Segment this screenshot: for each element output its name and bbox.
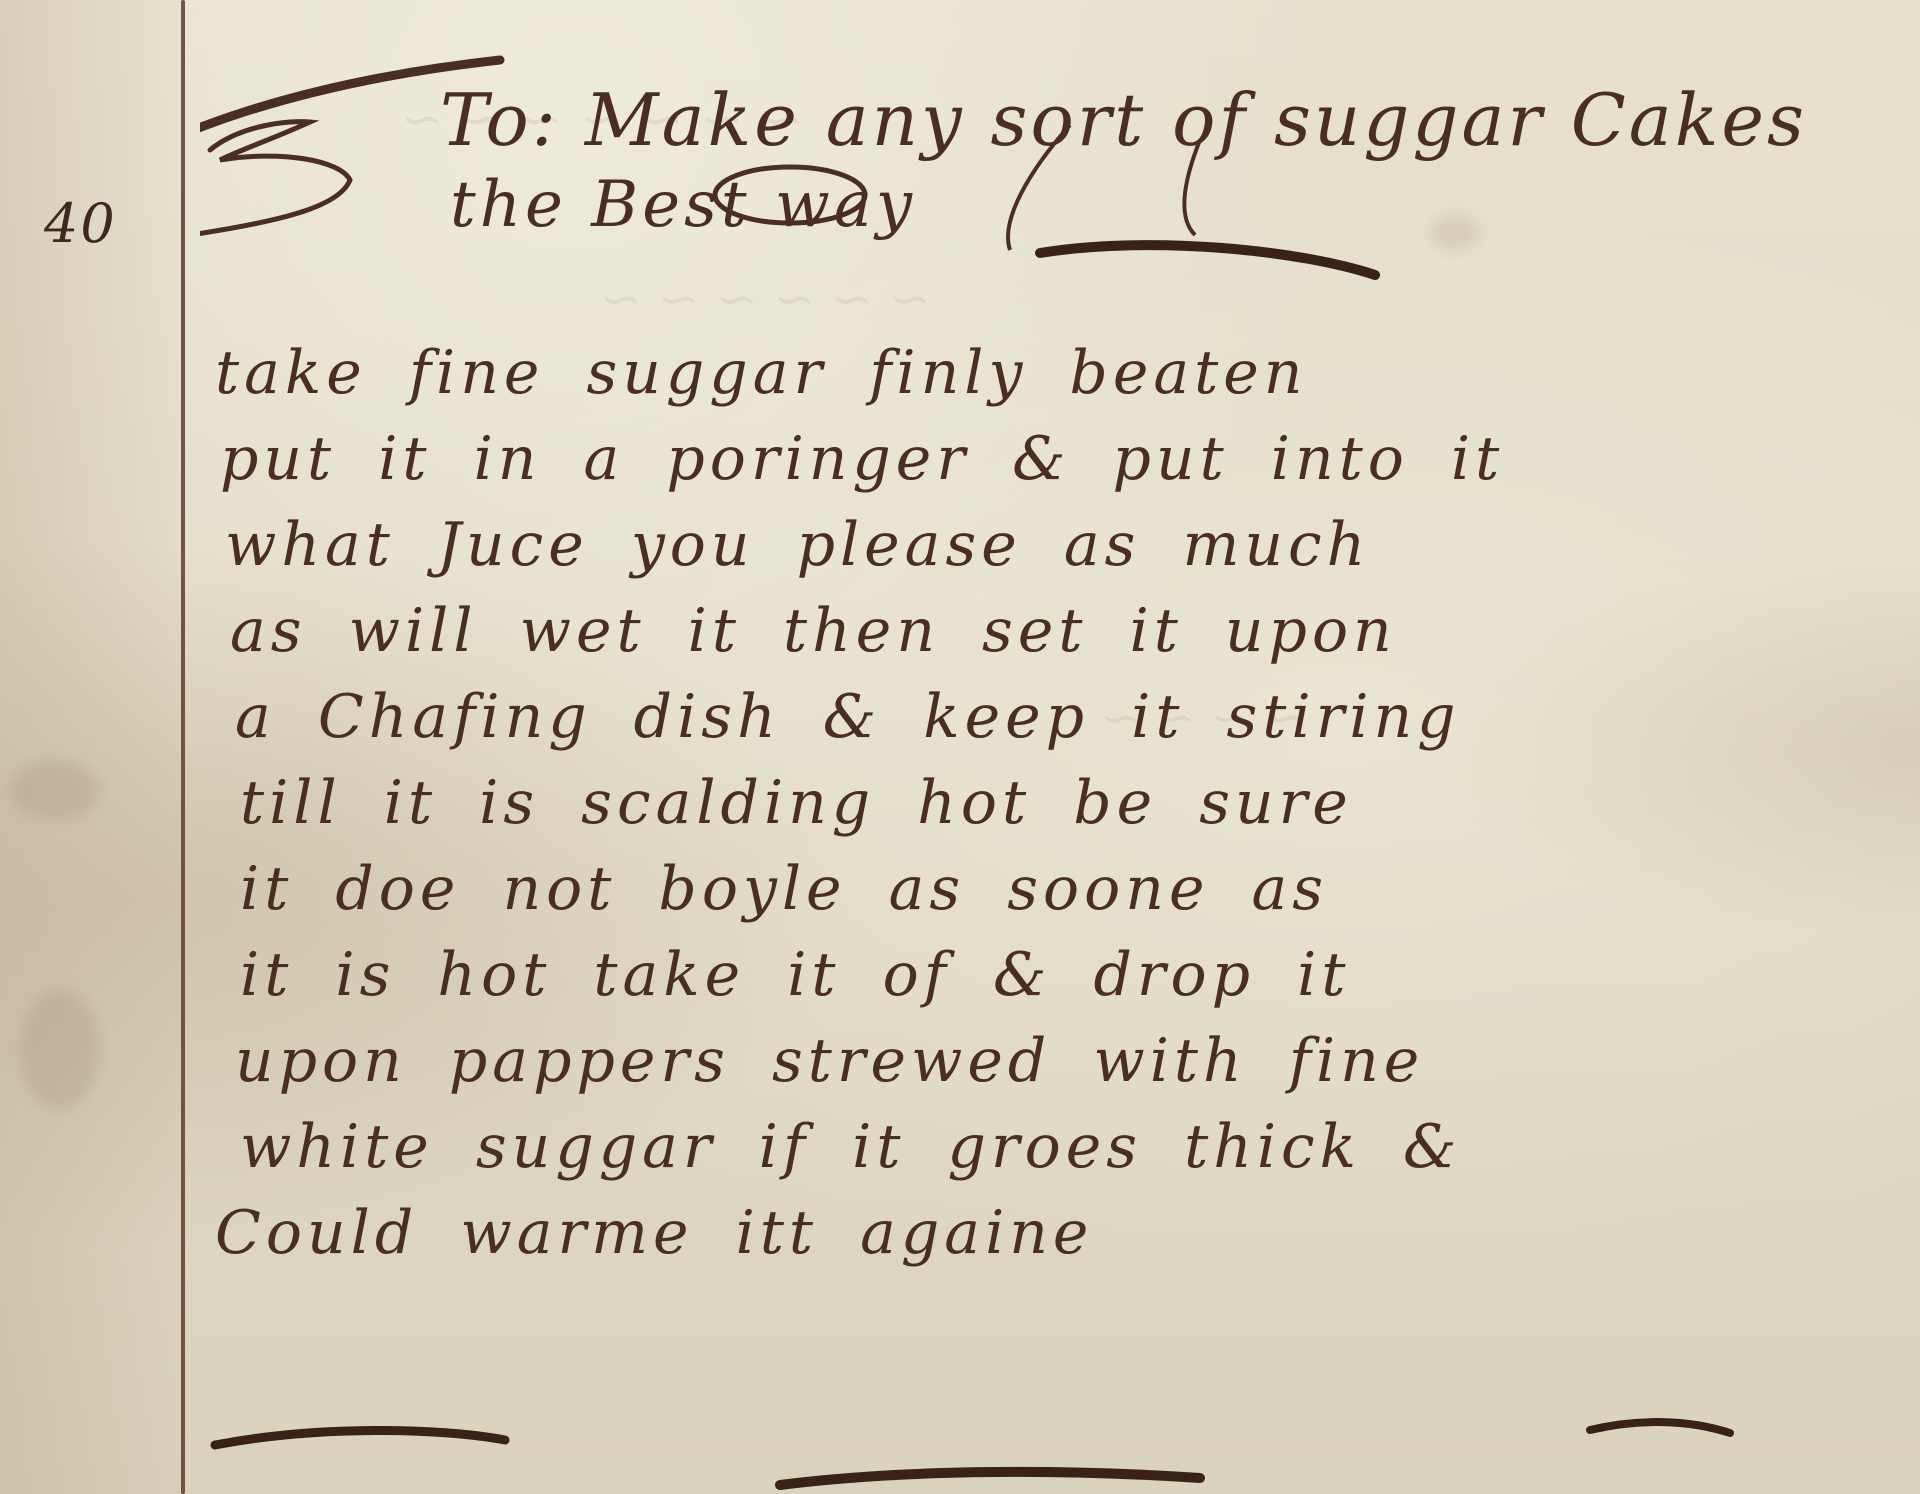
recipe-line: put it in a poringer & put into it	[205, 416, 1895, 502]
recipe-title-block: To: Make any sort of suggar Cakes the Be…	[200, 20, 1900, 320]
recipe-line: it doe not boyle as soone as	[205, 846, 1895, 932]
recipe-line: it is hot take it of & drop it	[205, 932, 1895, 1018]
recipe-body: take fine suggar finly beaten put it in …	[205, 330, 1895, 1276]
margin-rule-line	[181, 0, 185, 1494]
page-number: 40	[44, 192, 117, 255]
recipe-line: what Juce you please as much	[205, 502, 1895, 588]
recipe-line: as will wet it then set it upon	[205, 588, 1895, 674]
recipe-line: Could warme itt againe	[205, 1190, 1895, 1276]
recipe-title-line-1: To: Make any sort of suggar Cakes	[440, 78, 1807, 162]
recipe-line: till it is scalding hot be sure	[205, 760, 1895, 846]
manuscript-page: ~ ~ ~ ~ ~ ~ ~ ~ ~ ~ ~ ~ ~ ~ ~ ~ ~ 40 To:…	[0, 0, 1920, 1494]
recipe-title-line-2: the Best way	[450, 168, 916, 242]
recipe-line: take fine suggar finly beaten	[205, 330, 1895, 416]
paper-stain	[20, 990, 100, 1110]
recipe-line: upon pappers strewed with fine	[205, 1018, 1895, 1104]
paper-stain	[10, 760, 100, 820]
recipe-line: a Chafing dish & keep it stiring	[205, 674, 1895, 760]
recipe-line: white suggar if it groes thick &	[205, 1104, 1895, 1190]
